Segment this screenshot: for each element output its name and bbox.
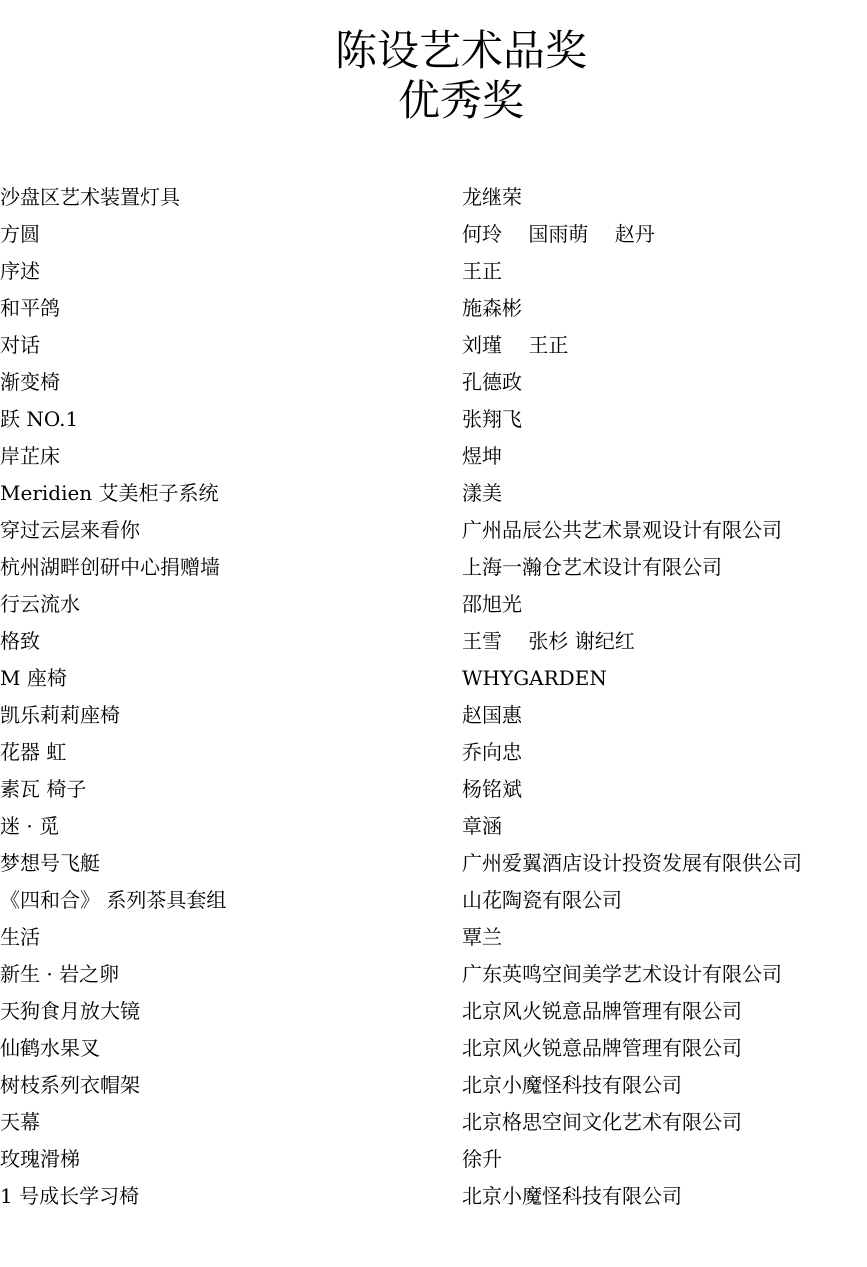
author-name: 孔德政 (462, 367, 522, 397)
work-title: 和平鸽 (0, 293, 60, 323)
document-header: 陈设艺术品奖 优秀奖 (0, 26, 867, 126)
award-entry: 杭州湖畔创研中心捐赠墙上海一瀚仓艺术设计有限公司 (0, 552, 867, 589)
work-title: 迷 · 觅 (0, 811, 59, 841)
author-name: WHYGARDEN (462, 663, 607, 693)
author-name: 广州品辰公共艺术景观设计有限公司 (462, 515, 782, 545)
award-entry: 天狗食月放大镜北京风火锐意品牌管理有限公司 (0, 996, 867, 1033)
award-entry: 《四和合》 系列茶具套组山花陶瓷有限公司 (0, 885, 867, 922)
work-title: 对话 (0, 330, 40, 360)
work-title: 杭州湖畔创研中心捐赠墙 (0, 552, 220, 582)
work-title: 仙鹤水果叉 (0, 1033, 100, 1063)
author-name: 乔向忠 (462, 737, 522, 767)
work-title: 1 号成长学习椅 (0, 1181, 139, 1211)
author-name: 邵旭光 (462, 589, 522, 619)
award-entry: 格致王雪 张杉 谢纪红 (0, 626, 867, 663)
award-entry: 凯乐莉莉座椅赵国惠 (0, 700, 867, 737)
work-title: 玫瑰滑梯 (0, 1144, 80, 1174)
work-title: 渐变椅 (0, 367, 60, 397)
author-name: 广东英鸣空间美学艺术设计有限公司 (462, 959, 782, 989)
author-name: 王雪 张杉 谢纪红 (462, 626, 635, 656)
author-name: 王正 (462, 256, 502, 286)
document-title: 陈设艺术品奖 (0, 26, 867, 76)
author-name: 广州爱翼酒店设计投资发展有限供公司 (462, 848, 802, 878)
award-list: 沙盘区艺术装置灯具龙继荣 方圆何玲 国雨萌 赵丹 序述王正 和平鸽施森彬 对话刘… (0, 182, 867, 1218)
award-entry: 序述王正 (0, 256, 867, 293)
author-name: 刘瑾 王正 (462, 330, 568, 360)
author-name: 覃兰 (462, 922, 502, 952)
award-entry: 玫瑰滑梯徐升 (0, 1144, 867, 1181)
work-title: 序述 (0, 256, 40, 286)
author-name: 山花陶瓷有限公司 (462, 885, 622, 915)
author-name: 北京风火锐意品牌管理有限公司 (462, 996, 742, 1026)
author-name: 施森彬 (462, 293, 522, 323)
award-entry: 方圆何玲 国雨萌 赵丹 (0, 219, 867, 256)
work-title: 天幕 (0, 1107, 40, 1137)
work-title: 岸芷床 (0, 441, 60, 471)
award-entry: 渐变椅孔德政 (0, 367, 867, 404)
award-entry: 1 号成长学习椅北京小魔怪科技有限公司 (0, 1181, 867, 1218)
author-name: 漾美 (462, 478, 502, 508)
work-title: M 座椅 (0, 663, 67, 693)
author-name: 北京小魔怪科技有限公司 (462, 1181, 682, 1211)
award-entry: 行云流水邵旭光 (0, 589, 867, 626)
work-title: Meridien 艾美柜子系统 (0, 478, 219, 508)
author-name: 煜坤 (462, 441, 502, 471)
work-title: 梦想号飞艇 (0, 848, 100, 878)
award-entry: 穿过云层来看你广州品辰公共艺术景观设计有限公司 (0, 515, 867, 552)
work-title: 跃 NO.1 (0, 404, 78, 434)
award-entry: Meridien 艾美柜子系统漾美 (0, 478, 867, 515)
award-entry: 和平鸽施森彬 (0, 293, 867, 330)
author-name: 北京格思空间文化艺术有限公司 (462, 1107, 742, 1137)
work-title: 新生 · 岩之卵 (0, 959, 119, 989)
work-title: 格致 (0, 626, 40, 656)
award-category: 优秀奖 (0, 76, 867, 126)
author-name: 北京小魔怪科技有限公司 (462, 1070, 682, 1100)
award-entry: 天幕北京格思空间文化艺术有限公司 (0, 1107, 867, 1144)
author-name: 龙继荣 (462, 182, 522, 212)
work-title: 《四和合》 系列茶具套组 (0, 885, 226, 915)
work-title: 行云流水 (0, 589, 80, 619)
author-name: 赵国惠 (462, 700, 522, 730)
work-title: 天狗食月放大镜 (0, 996, 140, 1026)
award-entry: 树枝系列衣帽架北京小魔怪科技有限公司 (0, 1070, 867, 1107)
award-entry: 岸芷床煜坤 (0, 441, 867, 478)
work-title: 沙盘区艺术装置灯具 (0, 182, 180, 212)
award-entry: 对话刘瑾 王正 (0, 330, 867, 367)
author-name: 张翔飞 (462, 404, 522, 434)
award-entry: 素瓦 椅子杨铭斌 (0, 774, 867, 811)
award-entry: 仙鹤水果叉北京风火锐意品牌管理有限公司 (0, 1033, 867, 1070)
author-name: 北京风火锐意品牌管理有限公司 (462, 1033, 742, 1063)
award-entry: 沙盘区艺术装置灯具龙继荣 (0, 182, 867, 219)
author-name: 章涵 (462, 811, 502, 841)
award-entry: 梦想号飞艇广州爱翼酒店设计投资发展有限供公司 (0, 848, 867, 885)
award-entry: 新生 · 岩之卵广东英鸣空间美学艺术设计有限公司 (0, 959, 867, 996)
work-title: 生活 (0, 922, 40, 952)
work-title: 花器 虹 (0, 737, 66, 767)
work-title: 树枝系列衣帽架 (0, 1070, 140, 1100)
award-entry: 花器 虹乔向忠 (0, 737, 867, 774)
author-name: 上海一瀚仓艺术设计有限公司 (462, 552, 722, 582)
author-name: 杨铭斌 (462, 774, 522, 804)
work-title: 方圆 (0, 219, 40, 249)
author-name: 何玲 国雨萌 赵丹 (462, 219, 655, 249)
award-entry: 跃 NO.1张翔飞 (0, 404, 867, 441)
award-entry: 生活覃兰 (0, 922, 867, 959)
work-title: 凯乐莉莉座椅 (0, 700, 120, 730)
work-title: 穿过云层来看你 (0, 515, 140, 545)
award-entry: 迷 · 觅章涵 (0, 811, 867, 848)
work-title: 素瓦 椅子 (0, 774, 86, 804)
author-name: 徐升 (462, 1144, 502, 1174)
award-entry: M 座椅WHYGARDEN (0, 663, 867, 700)
